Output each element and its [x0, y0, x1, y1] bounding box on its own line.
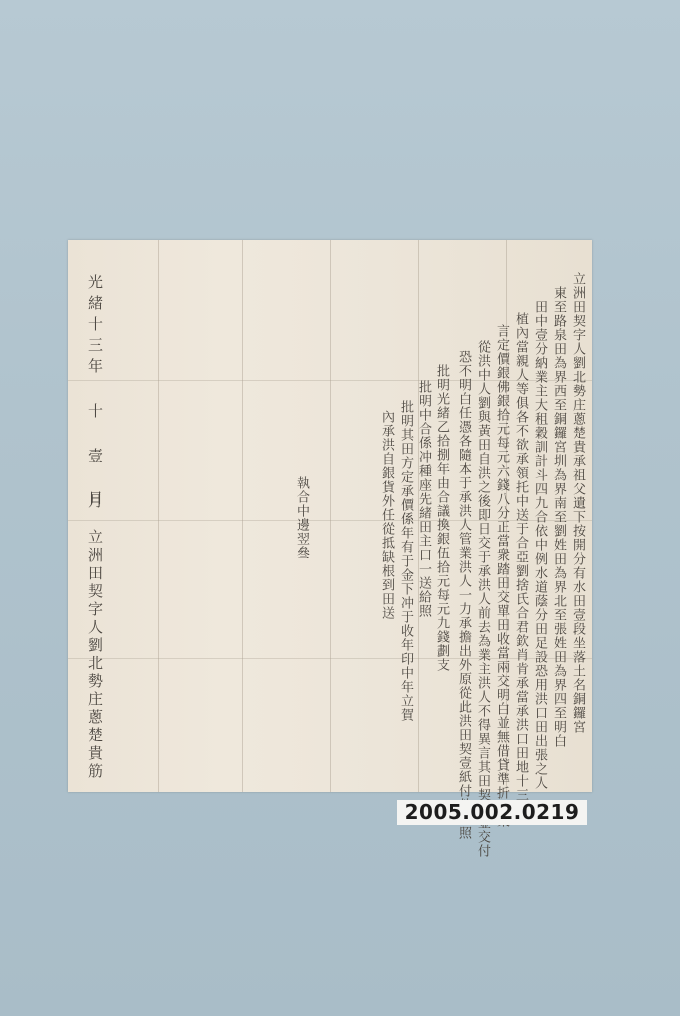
- fold-line: [330, 240, 331, 792]
- main-text-column: 東至路泉田為界西至銅鑼宮圳為界南至劉姓田為界北至張姓田為界四至明白: [549, 286, 567, 748]
- main-text-column: 田中壹分納業主大租穀訓計斗四九合依中例水道蔭分田足設恐用洪口田出張之人: [530, 300, 548, 790]
- main-text-column: 從洪中人劉與黃田自洪之後即日交于承洪人前去為業主洪人不得異言其田契一並交付: [473, 340, 491, 858]
- main-text-column: 立洲田契字人劉北勢庄蔥楚貴承祖父遺下按開分有水田壹段坐落土名銅鑼宮: [568, 272, 586, 734]
- main-text-column: 植內當親人等俱各不欲承領托中送于合亞劉捨氏合君欽肖肯承當承洪口田地十三兩: [511, 312, 529, 816]
- fold-line: [158, 240, 159, 792]
- main-text-column: 言定價銀佛銀拾元每元六錢八分正當衆踏田交單田收當兩交明白並無借貸準折為業: [492, 324, 510, 828]
- deed-document: 立洲田契字人劉北勢庄蔥楚貴承祖父遺下按開分有水田壹段坐落土名銅鑼宮 東至路泉田為…: [68, 240, 592, 792]
- witness-column: 執合中邊翌叄: [292, 476, 310, 560]
- signatory-column: 日 立洲田契字人劉北勢庄蔥楚貴筋: [86, 490, 104, 781]
- note-column: 批明中合係冲種座先緒田主口一送給照: [414, 380, 432, 618]
- main-text-column: 恐不明白任憑各隨本于承洪人管業洪人一力承擔出外原從此洪田契壹紙付執為照: [454, 350, 472, 840]
- note-column: 批明其田方定承價係年有于金下冲于收年印中年立賀: [396, 400, 414, 722]
- note-column: 內承洪自銀貨外任從抵缺根到田送: [377, 410, 395, 620]
- fold-line: [242, 240, 243, 792]
- date-column: 光緒十三年 十 壹 月: [86, 274, 104, 514]
- note-column: 批明光緒乙拾捌年由合議換銀伍拾元每元九錢劃支: [432, 364, 450, 672]
- catalog-number-label: 2005.002.0219: [397, 800, 587, 825]
